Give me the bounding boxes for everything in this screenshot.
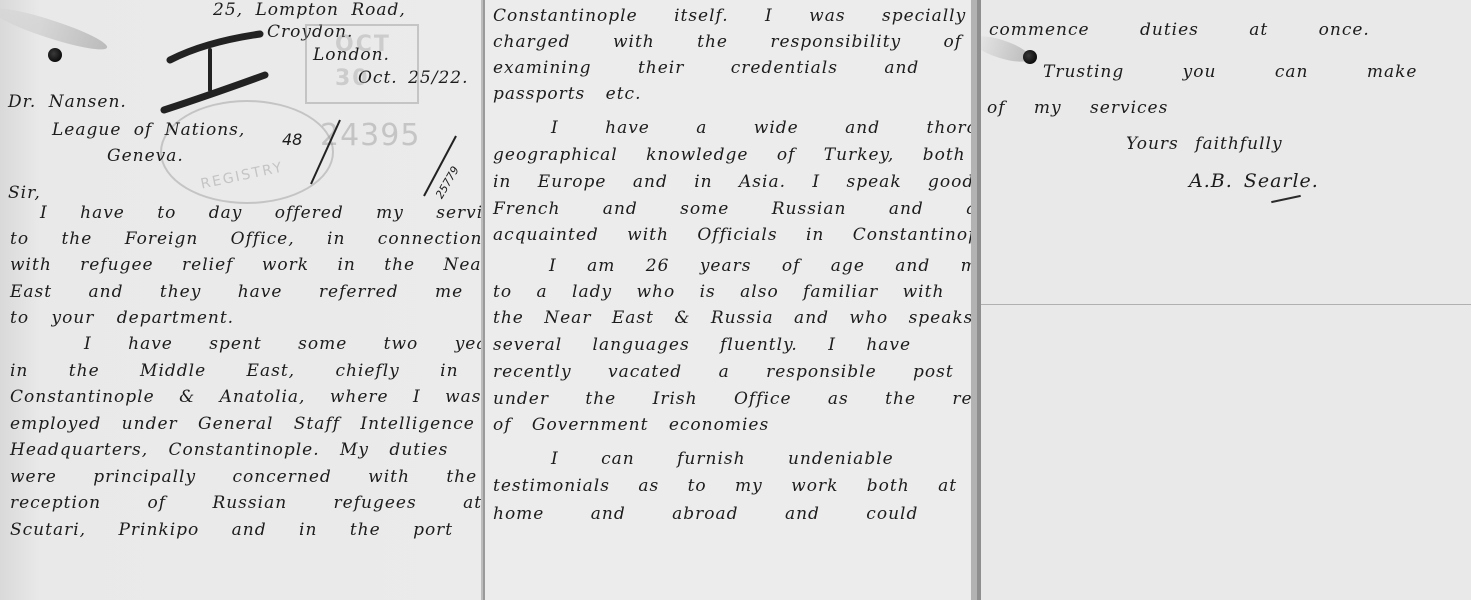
signature-underline — [1271, 195, 1301, 203]
body-line: Trusting you can make use — [1043, 62, 1471, 82]
body-line: I have spent some two years — [84, 334, 481, 354]
body-line: East and they have referred me — [10, 282, 463, 302]
body-line: I have to day offered my services — [40, 203, 460, 223]
body-line: charged with the responsibility of — [493, 32, 962, 52]
punch-hole — [48, 48, 62, 62]
body-line: reception of Russian refugees at — [10, 493, 481, 513]
body-line: recently vacated a responsible post — [493, 362, 954, 382]
letter-page-2: Constantinople itself. I was specially c… — [483, 0, 973, 600]
body-line: under the Irish Office as the result — [493, 389, 973, 409]
body-line: commence duties at once. — [989, 20, 1370, 40]
body-line: Constantinople & Anatolia, where I was — [10, 387, 481, 407]
closing: Yours faithfully — [1126, 134, 1283, 154]
body-line: of my services — [987, 98, 1168, 118]
body-line: to the Foreign Office, in connection — [10, 229, 481, 249]
body-line: in the Middle East, chiefly in — [10, 361, 459, 381]
body-line: I am 26 years of age and married — [549, 256, 973, 276]
body-line: I have a wide and thorough — [551, 118, 973, 138]
body-line: with refugee relief work in the Near — [10, 255, 481, 275]
body-line: French and some Russian and am — [493, 199, 973, 219]
date-stamp: OCT 30 — [305, 24, 419, 104]
body-line: were principally concerned with the — [10, 467, 477, 487]
letter-page-1: 25, Lompton Road, Croydon. London. Oct. … — [0, 0, 481, 600]
roman-numeral-mark-icon — [160, 20, 280, 120]
body-line: in Europe and in Asia. I speak good — [493, 172, 973, 192]
punch-hole — [1023, 50, 1037, 64]
body-line: the Near East & Russia and who speaks — [493, 308, 973, 328]
body-line: of Government economies — [493, 415, 769, 435]
body-line: examining their credentials and — [493, 58, 919, 78]
salutation: Sir, — [8, 183, 41, 203]
body-line: to your department. — [10, 308, 234, 328]
date-stamp-month: OCT — [335, 32, 391, 57]
address-street: 25, Lompton Road, — [213, 0, 406, 20]
file-annotation: 48 — [282, 130, 302, 149]
body-line: several languages fluently. I have — [493, 335, 911, 355]
letter-page-3: commence duties at once. Trusting you ca… — [977, 0, 1471, 600]
body-line: geographical knowledge of Turkey, both — [493, 145, 966, 165]
date-stamp-day: 30 — [335, 66, 370, 91]
body-line: to a lady who is also familiar with — [493, 282, 944, 302]
body-line: Scutari, Prinkipo and in the port of — [10, 520, 481, 540]
recipient-city: Geneva. — [107, 146, 184, 166]
body-line: I can furnish undeniable — [551, 449, 894, 469]
body-line: testimonials as to my work both at — [493, 476, 957, 496]
signature: A.B. Searle. — [1189, 170, 1319, 192]
recipient-org: League of Nations, — [52, 120, 245, 140]
body-line: acquainted with Officials in Constantino… — [493, 225, 973, 245]
body-line: home and abroad and could — [493, 504, 918, 524]
body-line: passports etc. — [493, 84, 642, 104]
recipient-name: Dr. Nansen. — [8, 92, 127, 112]
body-line: employed under General Staff Intelligenc… — [10, 414, 475, 434]
slash-mark-icon — [305, 118, 345, 188]
body-line: Headquarters, Constantinople. My duties — [10, 440, 448, 460]
fold-crease — [981, 304, 1471, 305]
body-line: Constantinople itself. I was specially — [493, 6, 966, 26]
